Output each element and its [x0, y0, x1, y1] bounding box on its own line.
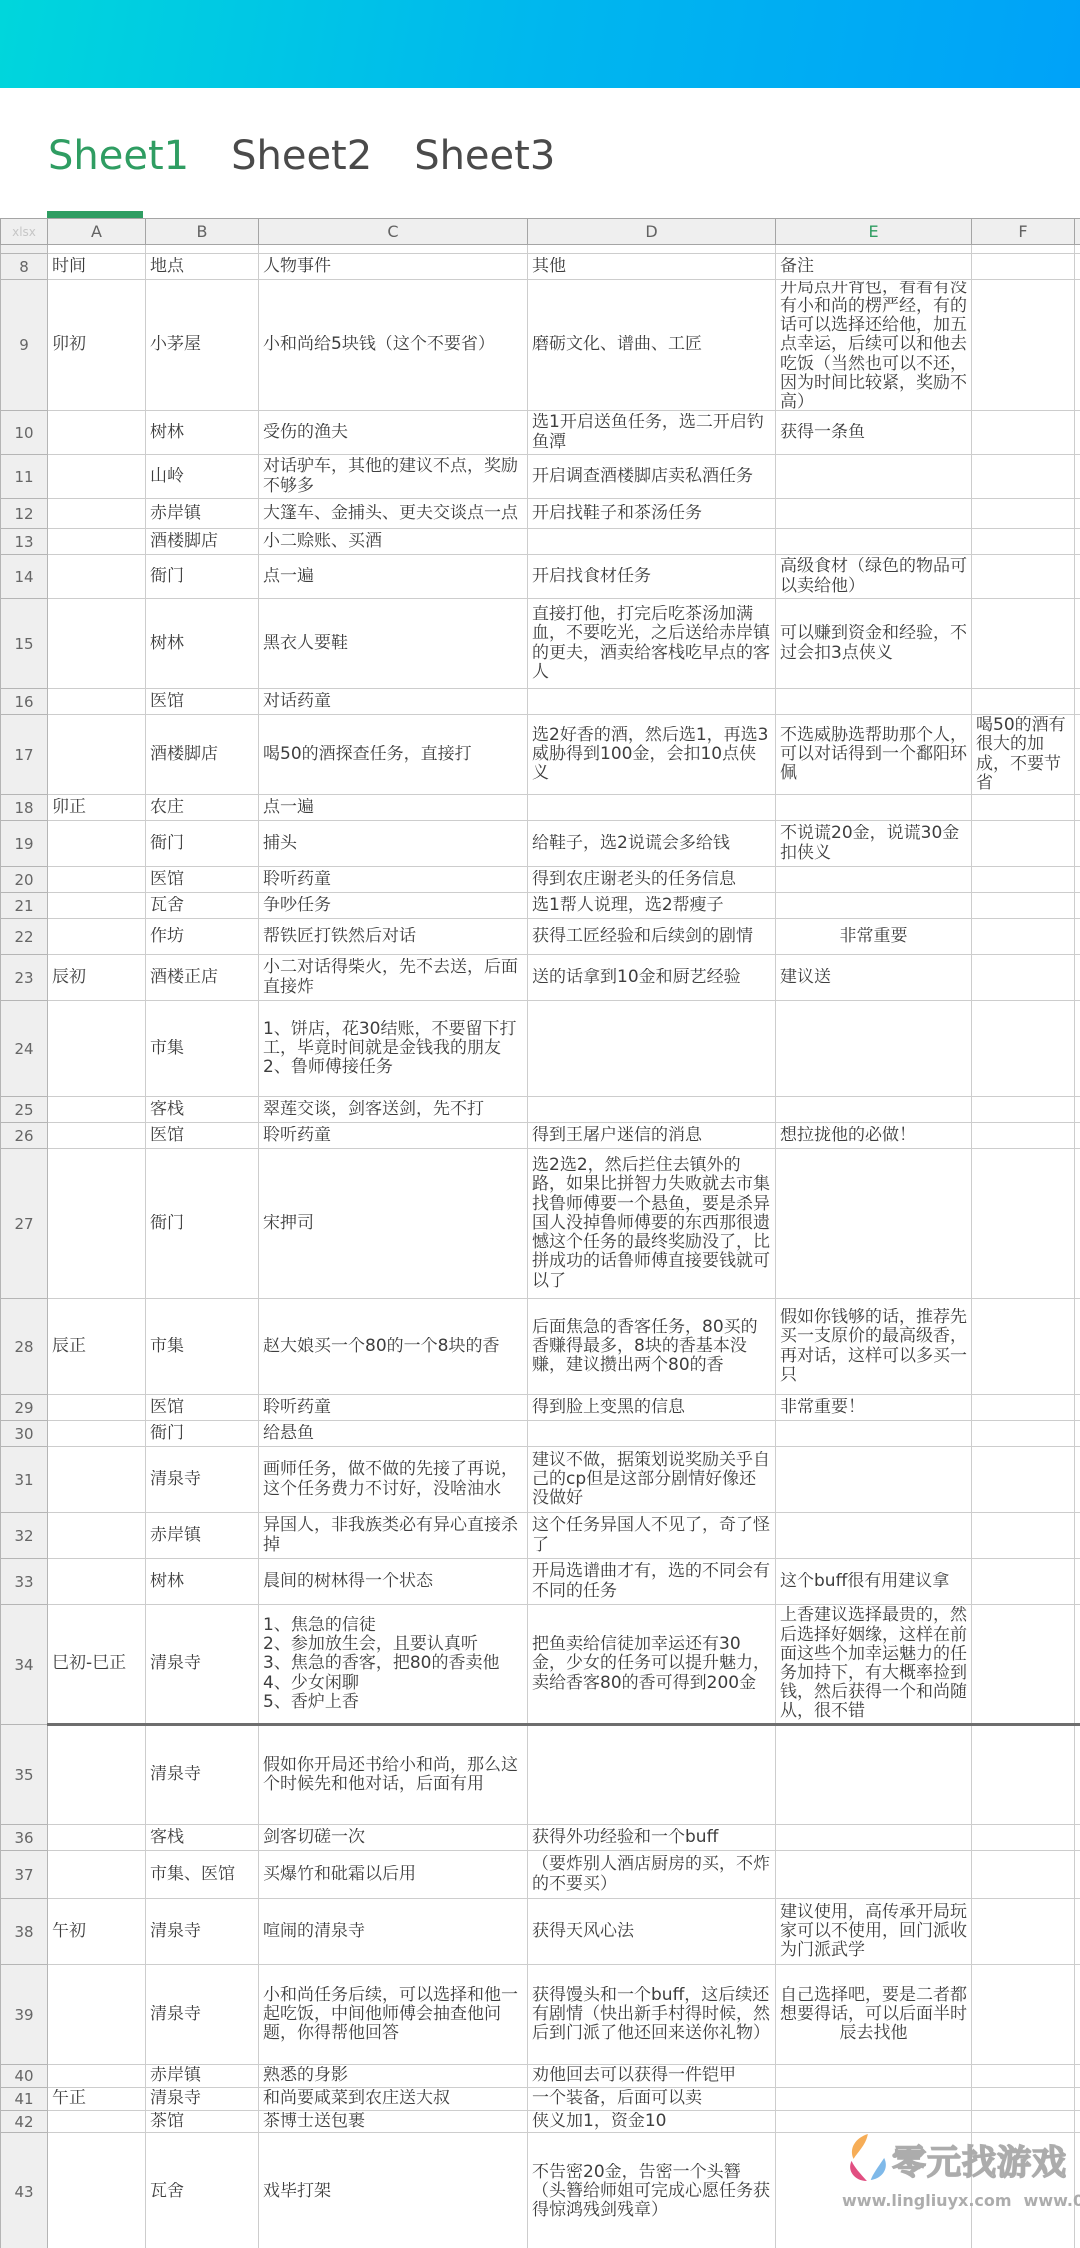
cell-A11[interactable] — [48, 455, 146, 499]
cell-D19[interactable]: 给鞋子，选2说谎会多给钱 — [528, 821, 776, 867]
cell-B39[interactable]: 清泉寺 — [146, 1965, 259, 2065]
cell-A40[interactable] — [48, 2065, 146, 2088]
cell-E27[interactable] — [776, 1149, 972, 1299]
cell-E32[interactable] — [776, 1513, 972, 1559]
cell-C16[interactable]: 对话药童 — [259, 689, 528, 715]
row-header-28[interactable]: 28 — [1, 1299, 48, 1395]
table-row-42: 42茶馆茶博士送包裹侠义加1，资金10 — [1, 2111, 1080, 2133]
cell-E26[interactable]: 想拉拢他的必做！ — [776, 1123, 972, 1149]
cell-E29[interactable]: 非常重要！ — [776, 1395, 972, 1421]
row-header-43[interactable]: 43 — [1, 2133, 48, 2248]
cell-A26[interactable] — [48, 1123, 146, 1149]
cell-B9[interactable]: 小茅屋 — [146, 280, 259, 411]
cell-D28[interactable]: 后面焦急的香客任务，80买的香赚得最多，8块的香基本没赚，建议攒出两个80的香 — [528, 1299, 776, 1395]
cell-B11[interactable]: 山岭 — [146, 455, 259, 499]
cell-D34[interactable]: 把鱼卖给信徒加幸运还有30金，少女的任务可以提升魅力，卖给香客80的香可得到20… — [528, 1605, 776, 1725]
cell-C39[interactable]: 小和尚任务后续，可以选择和他一起吃饭，中间他师傅会抽查他问题，你得帮他回答 — [259, 1965, 528, 2065]
corner-cell-file-badge[interactable]: xlsx — [1, 219, 48, 245]
cell-text: 树林 — [150, 634, 254, 653]
table-row-10: 10树林受伤的渔夫选1开启送鱼任务，选二开启钓鱼潭获得一条鱼 — [1, 411, 1080, 455]
row-header-38[interactable]: 38 — [1, 1899, 48, 1965]
cell-C26[interactable]: 聆听药童 — [259, 1123, 528, 1149]
cell-F41[interactable] — [972, 2088, 1075, 2111]
cell-partial-24 — [1075, 1001, 1080, 1097]
row-header-21[interactable]: 21 — [1, 893, 48, 919]
cell-D38[interactable]: 获得天风心法 — [528, 1899, 776, 1965]
cell-C28[interactable]: 赵大娘买一个80的一个8块的香 — [259, 1299, 528, 1395]
cell-B32[interactable]: 赤岸镇 — [146, 1513, 259, 1559]
cell-F26[interactable] — [972, 1123, 1075, 1149]
cell-B26[interactable]: 医馆 — [146, 1123, 259, 1149]
cell-C27[interactable]: 宋押司 — [259, 1149, 528, 1299]
cell-A30[interactable] — [48, 1421, 146, 1447]
cell-A19[interactable] — [48, 821, 146, 867]
row-header-31[interactable]: 31 — [1, 1447, 48, 1513]
row-header-37[interactable]: 37 — [1, 1851, 48, 1899]
cell-A20[interactable] — [48, 867, 146, 893]
cell-E12[interactable] — [776, 499, 972, 529]
cell-text: 买爆竹和砒霜以后用 — [263, 1865, 523, 1884]
cell-A21[interactable] — [48, 893, 146, 919]
cell-E10[interactable]: 获得一条鱼 — [776, 411, 972, 455]
cell-C14[interactable]: 点一遍 — [259, 555, 528, 599]
cell-A34[interactable]: 巳初-巳正 — [48, 1605, 146, 1725]
row-header-42[interactable]: 42 — [1, 2111, 48, 2133]
cell-C11[interactable]: 对话驴车，其他的建议不点，奖励不够多 — [259, 455, 528, 499]
cell-C29[interactable]: 聆听药童 — [259, 1395, 528, 1421]
cell-F10[interactable] — [972, 411, 1075, 455]
cell-D[interactable] — [528, 245, 776, 254]
cell-D9[interactable]: 磨砺文化、谱曲、工匠 — [528, 280, 776, 411]
cell-D24[interactable] — [528, 1001, 776, 1097]
row-header-41[interactable]: 41 — [1, 2088, 48, 2111]
cell-B14[interactable]: 衙门 — [146, 555, 259, 599]
cell-A9[interactable]: 卯初 — [48, 280, 146, 411]
cell-F8[interactable] — [972, 254, 1075, 280]
cell-C43[interactable]: 戏毕打架 — [259, 2133, 528, 2248]
cell-C41[interactable]: 和尚要咸菜到农庄送大叔 — [259, 2088, 528, 2111]
cell-B33[interactable]: 树林 — [146, 1559, 259, 1605]
table-row-23: 23辰初酒楼正店小二对话得柴火，先不去送，后面直接炸送的话拿到10金和厨艺经验建… — [1, 955, 1080, 1001]
cell-B15[interactable]: 树林 — [146, 599, 259, 689]
cell-F18[interactable] — [972, 795, 1075, 821]
cell-B19[interactable]: 衙门 — [146, 821, 259, 867]
cell-partial-37 — [1075, 1851, 1080, 1899]
cell-D26[interactable]: 得到王屠户迷信的消息 — [528, 1123, 776, 1149]
cell-F13[interactable] — [972, 529, 1075, 555]
row-header-23[interactable]: 23 — [1, 955, 48, 1001]
column-header-F[interactable]: F — [972, 219, 1075, 245]
cell-text: 清泉寺 — [150, 1765, 254, 1784]
row-header-40[interactable]: 40 — [1, 2065, 48, 2088]
cell-B42[interactable]: 茶馆 — [146, 2111, 259, 2133]
cell-F16[interactable] — [972, 689, 1075, 715]
cell-text: 树林 — [150, 1572, 254, 1591]
cell-E37[interactable] — [776, 1851, 972, 1899]
cell-D32[interactable]: 这个任务异国人不见了，奇了怪了 — [528, 1513, 776, 1559]
table-row-25: 25客栈翠莲交谈，剑客送剑，先不打 — [1, 1097, 1080, 1123]
cell-E8[interactable]: 备注 — [776, 254, 972, 280]
cell-B35[interactable]: 清泉寺 — [146, 1725, 259, 1825]
cell-B21[interactable]: 瓦舍 — [146, 893, 259, 919]
cell-C21[interactable]: 争吵任务 — [259, 893, 528, 919]
cell-D22[interactable]: 获得工匠经验和后续剑的剧情 — [528, 919, 776, 955]
row-header-39[interactable]: 39 — [1, 1965, 48, 2065]
cell-E38[interactable]: 建议使用，高传承开局玩家可以不使用，回门派收为门派武学 — [776, 1899, 972, 1965]
row-header-20[interactable]: 20 — [1, 867, 48, 893]
row-header-15[interactable]: 15 — [1, 599, 48, 689]
cell-E16[interactable] — [776, 689, 972, 715]
table-row-41: 41午正清泉寺和尚要咸菜到农庄送大叔一个装备，后面可以卖 — [1, 2088, 1080, 2111]
cell-E17[interactable]: 不选威胁选帮助那个人，可以对话得到一个鄱阳环佩 — [776, 715, 972, 795]
cell-F36[interactable] — [972, 1825, 1075, 1851]
cell-F33[interactable] — [972, 1559, 1075, 1605]
cell-B17[interactable]: 酒楼脚店 — [146, 715, 259, 795]
cell-E9[interactable]: 开局点开背包，看看有没有小和尚的楞严经，有的话可以选择还给他，加五点幸运，后续可… — [776, 280, 972, 411]
cell-D43[interactable]: 不告密20金，告密一个头簪（头簪给师姐可完成心愿任务获得惊鸿残剑残章） — [528, 2133, 776, 2248]
cell-A14[interactable] — [48, 555, 146, 599]
cell-F39[interactable] — [972, 1965, 1075, 2065]
cell-text: 选2好香的酒，然后选1，再选3威胁得到100金，会扣10点侠义 — [532, 726, 771, 784]
cell-E15[interactable]: 可以赚到资金和经验，不过会扣3点侠义 — [776, 599, 972, 689]
cell-C19[interactable]: 捕头 — [259, 821, 528, 867]
cell-C24[interactable]: 1、饼店，花30结账，不要留下打工，毕竟时间就是金钱我的朋友 2、鲁师傅接任务 — [259, 1001, 528, 1097]
cell-B27[interactable]: 衙门 — [146, 1149, 259, 1299]
row-header-29[interactable]: 29 — [1, 1395, 48, 1421]
row-header-33[interactable]: 33 — [1, 1559, 48, 1605]
cell-F37[interactable] — [972, 1851, 1075, 1899]
cell-D13[interactable] — [528, 529, 776, 555]
cell-E25[interactable] — [776, 1097, 972, 1123]
cell-F28[interactable] — [972, 1299, 1075, 1395]
cell-D8[interactable]: 其他 — [528, 254, 776, 280]
cell-A42[interactable] — [48, 2111, 146, 2133]
cell-D23[interactable]: 送的话拿到10金和厨艺经验 — [528, 955, 776, 1001]
cell-A31[interactable] — [48, 1447, 146, 1513]
cell-C23[interactable]: 小二对话得柴火，先不去送，后面直接炸 — [259, 955, 528, 1001]
cell-partial-41 — [1075, 2088, 1080, 2111]
cell-D15[interactable]: 直接打他，打完后吃茶汤加满血，不要吃光，之后送给赤岸镇的更夫，酒卖给客栈吃早点的… — [528, 599, 776, 689]
cell-D29[interactable]: 得到脸上变黑的信息 — [528, 1395, 776, 1421]
row-header-36[interactable]: 36 — [1, 1825, 48, 1851]
cell-B13[interactable]: 酒楼脚店 — [146, 529, 259, 555]
column-header-B[interactable]: B — [146, 219, 259, 245]
cell-D35[interactable] — [528, 1725, 776, 1825]
tab-sheet3[interactable]: Sheet3 — [414, 133, 555, 179]
cell-E19[interactable]: 不说谎20金，说谎30金扣侠义 — [776, 821, 972, 867]
cell-partial-26 — [1075, 1123, 1080, 1149]
cell-B8[interactable]: 地点 — [146, 254, 259, 280]
cell-A18[interactable]: 卯正 — [48, 795, 146, 821]
cell-E40[interactable] — [776, 2065, 972, 2088]
row-header-27[interactable]: 27 — [1, 1149, 48, 1299]
cell-A32[interactable] — [48, 1513, 146, 1559]
cell-E42[interactable] — [776, 2111, 972, 2133]
cell-text: 瓦舍 — [150, 2182, 254, 2201]
cell-F12[interactable] — [972, 499, 1075, 529]
row-header-22[interactable]: 22 — [1, 919, 48, 955]
row-header-12[interactable]: 12 — [1, 499, 48, 529]
cell-D27[interactable]: 选2选2，然后拦住去镇外的路，如果比拼智力失败就去市集找鲁师傅要一个悬鱼，要是杀… — [528, 1149, 776, 1299]
cell-F40[interactable] — [972, 2065, 1075, 2088]
cell-A41[interactable]: 午正 — [48, 2088, 146, 2111]
cell-D37[interactable]: （要炸别人酒店厨房的买，不炸的不要买） — [528, 1851, 776, 1899]
cell-partial-35 — [1075, 1725, 1080, 1825]
row-header-32[interactable]: 32 — [1, 1513, 48, 1559]
cell-B[interactable] — [146, 245, 259, 254]
cell-C37[interactable]: 买爆竹和砒霜以后用 — [259, 1851, 528, 1899]
cell-E39[interactable]: 自己选择吧，要是二者都想要得话，可以后面半时辰去找他 — [776, 1965, 972, 2065]
cell-E36[interactable] — [776, 1825, 972, 1851]
watermark: 零元找游戏 www.lingliuyx.com www.06zyx.com — [842, 2132, 1078, 2210]
row-header-13[interactable]: 13 — [1, 529, 48, 555]
cell-B36[interactable]: 客栈 — [146, 1825, 259, 1851]
cell-D17[interactable]: 选2好香的酒，然后选1，再选3威胁得到100金，会扣10点侠义 — [528, 715, 776, 795]
column-header-E[interactable]: E — [776, 219, 972, 245]
cell-A36[interactable] — [48, 1825, 146, 1851]
cell-D11[interactable]: 开启调查酒楼脚店卖私酒任务 — [528, 455, 776, 499]
cell-F17[interactable]: 喝50的酒有很大的加成，不要节省 — [972, 715, 1075, 795]
cell-B37[interactable]: 市集、医馆 — [146, 1851, 259, 1899]
cell-E20[interactable] — [776, 867, 972, 893]
cell-B16[interactable]: 医馆 — [146, 689, 259, 715]
cell-A8[interactable]: 时间 — [48, 254, 146, 280]
cell-text: 不选威胁选帮助那个人，可以对话得到一个鄱阳环佩 — [780, 726, 967, 784]
row-header-8[interactable]: 8 — [1, 254, 48, 280]
cell-B34[interactable]: 清泉寺 — [146, 1605, 259, 1725]
cell-E23[interactable]: 建议送 — [776, 955, 972, 1001]
cell-D30[interactable] — [528, 1421, 776, 1447]
cell-C18[interactable]: 点一遍 — [259, 795, 528, 821]
cell-D31[interactable]: 建议不做，据策划说奖励关乎自己的cp但是这部分剧情好像还没做好 — [528, 1447, 776, 1513]
cell-D36[interactable]: 获得外功经验和一个buff — [528, 1825, 776, 1851]
cell-C20[interactable]: 聆听药童 — [259, 867, 528, 893]
cell-E24[interactable] — [776, 1001, 972, 1097]
row-header-9[interactable]: 9 — [1, 280, 48, 411]
cell-E18[interactable] — [776, 795, 972, 821]
cell-C15[interactable]: 黑衣人要鞋 — [259, 599, 528, 689]
cell-F24[interactable] — [972, 1001, 1075, 1097]
row-header-partial[interactable] — [1, 245, 48, 254]
row-header-18[interactable]: 18 — [1, 795, 48, 821]
row-header-11[interactable]: 11 — [1, 455, 48, 499]
cell-E35[interactable] — [776, 1725, 972, 1825]
cell-C33[interactable]: 晨间的树林得一个状态 — [259, 1559, 528, 1605]
cell-E11[interactable] — [776, 455, 972, 499]
cell-B23[interactable]: 酒楼正店 — [146, 955, 259, 1001]
cell-A27[interactable] — [48, 1149, 146, 1299]
cell-D16[interactable] — [528, 689, 776, 715]
cell-B30[interactable]: 衙门 — [146, 1421, 259, 1447]
row-header-14[interactable]: 14 — [1, 555, 48, 599]
cell-text: 大篷车、金捕头、更夫交谈点一点 — [263, 504, 523, 523]
cell-B38[interactable]: 清泉寺 — [146, 1899, 259, 1965]
row-header-25[interactable]: 25 — [1, 1097, 48, 1123]
cell-F9[interactable] — [972, 280, 1075, 411]
cell-F11[interactable] — [972, 455, 1075, 499]
cell-C25[interactable]: 翠莲交谈，剑客送剑，先不打 — [259, 1097, 528, 1123]
cell-E28[interactable]: 假如你钱够的话，推荐先买一支原价的最高级香，再对话，这样可以多买一只 — [776, 1299, 972, 1395]
row-header-10[interactable]: 10 — [1, 411, 48, 455]
cell-C40[interactable]: 熟悉的身影 — [259, 2065, 528, 2088]
cell-F22[interactable] — [972, 919, 1075, 955]
tab-sheet2[interactable]: Sheet2 — [231, 133, 372, 179]
cell-A16[interactable] — [48, 689, 146, 715]
cell-C38[interactable]: 喧闹的清泉寺 — [259, 1899, 528, 1965]
cell-D12[interactable]: 开启找鞋子和茶汤任务 — [528, 499, 776, 529]
row-header-26[interactable]: 26 — [1, 1123, 48, 1149]
cell-A37[interactable] — [48, 1851, 146, 1899]
cell-B22[interactable]: 作坊 — [146, 919, 259, 955]
cell-B28[interactable]: 市集 — [146, 1299, 259, 1395]
cell-F14[interactable] — [972, 555, 1075, 599]
row-header-19[interactable]: 19 — [1, 821, 48, 867]
cell-A35[interactable] — [48, 1725, 146, 1825]
cell-D33[interactable]: 开局选谱曲才有，选的不同会有不同的任务 — [528, 1559, 776, 1605]
row-header-24[interactable]: 24 — [1, 1001, 48, 1097]
tab-sheet1[interactable]: Sheet1 — [48, 133, 189, 179]
cell-partial-42 — [1075, 2111, 1080, 2133]
cell-E22[interactable]: 非常重要 — [776, 919, 972, 955]
cell-D25[interactable] — [528, 1097, 776, 1123]
cell-E14[interactable]: 高级食材（绿色的物品可以卖给他） — [776, 555, 972, 599]
row-header-34[interactable]: 34 — [1, 1605, 48, 1725]
cell-C34[interactable]: 1、焦急的信徒 2、参加放生会，且要认真听 3、焦急的香客，把80的香卖他 4、… — [259, 1605, 528, 1725]
cell-D41[interactable]: 一个装备，后面可以卖 — [528, 2088, 776, 2111]
cell-A29[interactable] — [48, 1395, 146, 1421]
cell-text: 戏毕打架 — [263, 2182, 523, 2201]
cell-text: 后面焦急的香客任务，80买的香赚得最多，8块的香基本没赚，建议攒出两个80的香 — [532, 1318, 771, 1376]
cell-D42[interactable]: 侠义加1，资金10 — [528, 2111, 776, 2133]
cell-B12[interactable]: 赤岸镇 — [146, 499, 259, 529]
cell-A13[interactable] — [48, 529, 146, 555]
cell-A39[interactable] — [48, 1965, 146, 2065]
cell-A24[interactable] — [48, 1001, 146, 1097]
cell-A22[interactable] — [48, 919, 146, 955]
cell-C17[interactable]: 喝50的酒探查任务，直接打 — [259, 715, 528, 795]
cell-A28[interactable]: 辰正 — [48, 1299, 146, 1395]
cell-E33[interactable]: 这个buff很有用建议拿 — [776, 1559, 972, 1605]
cell-text: 选1帮人说理，选2帮瘦子 — [532, 896, 771, 915]
cell-C36[interactable]: 剑客切磋一次 — [259, 1825, 528, 1851]
cell-A15[interactable] — [48, 599, 146, 689]
cell-text: 市集 — [150, 1039, 254, 1058]
cell-D14[interactable]: 开启找食材任务 — [528, 555, 776, 599]
cell-B31[interactable]: 清泉寺 — [146, 1447, 259, 1513]
cell-text: 建议送 — [780, 968, 967, 987]
cell-C31[interactable]: 画师任务，做不做的先接了再说，这个任务费力不讨好，没啥油水 — [259, 1447, 528, 1513]
cell-F42[interactable] — [972, 2111, 1075, 2133]
cell-C13[interactable]: 小二赊账、买酒 — [259, 529, 528, 555]
cell-F38[interactable] — [972, 1899, 1075, 1965]
cell-text: 选2选2，然后拦住去镇外的路，如果比拼智力失败就去市集找鲁师傅要一个悬鱼，要是杀… — [532, 1156, 771, 1290]
cell-C8[interactable]: 人物事件 — [259, 254, 528, 280]
cell-D18[interactable] — [528, 795, 776, 821]
cell-A43[interactable] — [48, 2133, 146, 2248]
cell-D20[interactable]: 得到农庄谢老头的任务信息 — [528, 867, 776, 893]
cell-B24[interactable]: 市集 — [146, 1001, 259, 1097]
cell-E21[interactable] — [776, 893, 972, 919]
cell-B20[interactable]: 医馆 — [146, 867, 259, 893]
cell-F[interactable] — [972, 245, 1075, 254]
cell-F29[interactable] — [972, 1395, 1075, 1421]
cell-F31[interactable] — [972, 1447, 1075, 1513]
cell-text: 异国人，非我族类必有异心直接杀掉 — [263, 1516, 523, 1554]
cell-A17[interactable] — [48, 715, 146, 795]
cell-D21[interactable]: 选1帮人说理，选2帮瘦子 — [528, 893, 776, 919]
cell-F19[interactable] — [972, 821, 1075, 867]
cell-text: 清泉寺 — [150, 1654, 254, 1673]
cell-C35[interactable]: 假如你开局还书给小和尚，那么这个时候先和他对话，后面有用 — [259, 1725, 528, 1825]
table-row-27: 27衙门宋押司选2选2，然后拦住去镇外的路，如果比拼智力失败就去市集找鲁师傅要一… — [1, 1149, 1080, 1299]
cell-text: 画师任务，做不做的先接了再说，这个任务费力不讨好，没啥油水 — [263, 1460, 523, 1498]
column-header-A[interactable]: A — [48, 219, 146, 245]
cell-A33[interactable] — [48, 1559, 146, 1605]
cell-C32[interactable]: 异国人，非我族类必有异心直接杀掉 — [259, 1513, 528, 1559]
cell-E13[interactable] — [776, 529, 972, 555]
cell-D39[interactable]: 获得馒头和一个buff，这后续还有剧情（快出新手村得时候，然后到门派了他还回来送… — [528, 1965, 776, 2065]
cell-B43[interactable]: 瓦舍 — [146, 2133, 259, 2248]
cell-E41[interactable] — [776, 2088, 972, 2111]
row-header-17[interactable]: 17 — [1, 715, 48, 795]
column-header-D[interactable]: D — [528, 219, 776, 245]
cell-F15[interactable] — [972, 599, 1075, 689]
cell-F27[interactable] — [972, 1149, 1075, 1299]
cell-C[interactable] — [259, 245, 528, 254]
cell-F23[interactable] — [972, 955, 1075, 1001]
row-header-16[interactable]: 16 — [1, 689, 48, 715]
cell-A10[interactable] — [48, 411, 146, 455]
cell-C12[interactable]: 大篷车、金捕头、更夫交谈点一点 — [259, 499, 528, 529]
cell-E30[interactable] — [776, 1421, 972, 1447]
row-header-35[interactable]: 35 — [1, 1725, 48, 1825]
cell-B29[interactable]: 医馆 — [146, 1395, 259, 1421]
cell-A12[interactable] — [48, 499, 146, 529]
cell-B10[interactable]: 树林 — [146, 411, 259, 455]
column-header-C[interactable]: C — [259, 219, 528, 245]
cell-B40[interactable]: 赤岸镇 — [146, 2065, 259, 2088]
cell-B41[interactable]: 清泉寺 — [146, 2088, 259, 2111]
table-row-13: 13酒楼脚店小二赊账、买酒 — [1, 529, 1080, 555]
cell-text: 给悬鱼 — [263, 1424, 523, 1443]
cell-partial-36 — [1075, 1825, 1080, 1851]
cell-F34[interactable] — [972, 1605, 1075, 1725]
cell-A25[interactable] — [48, 1097, 146, 1123]
cell-F20[interactable] — [972, 867, 1075, 893]
cell-D10[interactable]: 选1开启送鱼任务，选二开启钓鱼潭 — [528, 411, 776, 455]
cell-F35[interactable] — [972, 1725, 1075, 1825]
cell-C30[interactable]: 给悬鱼 — [259, 1421, 528, 1447]
cell-F30[interactable] — [972, 1421, 1075, 1447]
cell-F25[interactable] — [972, 1097, 1075, 1123]
cell-C10[interactable]: 受伤的渔夫 — [259, 411, 528, 455]
cell-C22[interactable]: 帮铁匠打铁然后对话 — [259, 919, 528, 955]
cell-F32[interactable] — [972, 1513, 1075, 1559]
cell-E34[interactable]: 上香建议选择最贵的，然后选择好姻缘，这样在前面这些个加幸运魅力的任务加持下，有大… — [776, 1605, 972, 1725]
cell-E31[interactable] — [776, 1447, 972, 1513]
cell-C42[interactable]: 茶博士送包裹 — [259, 2111, 528, 2133]
cell-B18[interactable]: 农庄 — [146, 795, 259, 821]
cell-F21[interactable] — [972, 893, 1075, 919]
cell-A38[interactable]: 午初 — [48, 1899, 146, 1965]
cell-C9[interactable]: 小和尚给5块钱（这个不要省） — [259, 280, 528, 411]
row-header-30[interactable]: 30 — [1, 1421, 48, 1447]
cell-A[interactable] — [48, 245, 146, 254]
cell-B25[interactable]: 客栈 — [146, 1097, 259, 1123]
cell-E[interactable] — [776, 245, 972, 254]
cell-D40[interactable]: 劝他回去可以获得一件铠甲 — [528, 2065, 776, 2088]
cell-A23[interactable]: 辰初 — [48, 955, 146, 1001]
